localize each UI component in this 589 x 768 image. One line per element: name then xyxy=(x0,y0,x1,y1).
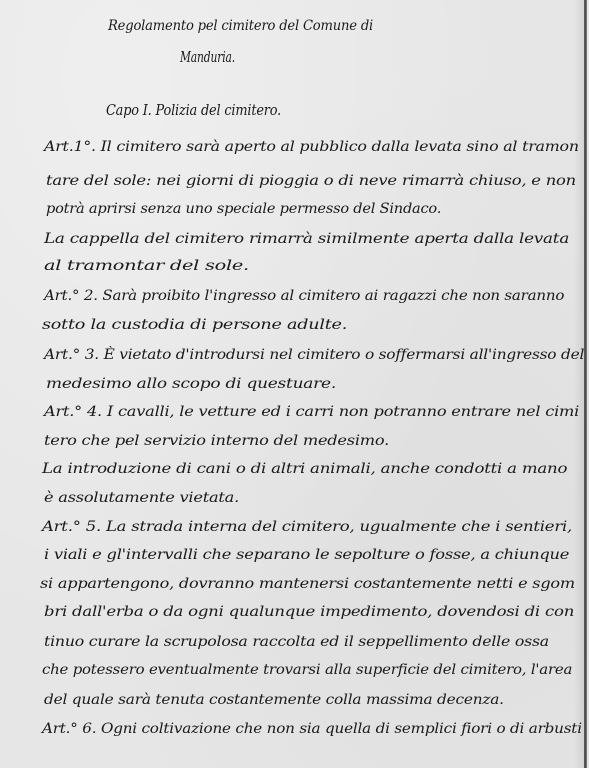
text-line: al tramontar del sole. xyxy=(44,258,249,274)
text-line: Art.° 6. Ogni coltivazione che non sia q… xyxy=(42,721,582,737)
text-line: medesimo allo scopo di questuare. xyxy=(46,376,336,392)
text-line: del quale sarà tenuta costantemente coll… xyxy=(44,692,504,708)
text-line: tinuo curare la scrupolosa raccolta ed i… xyxy=(44,634,549,650)
text-line: si appartengono, dovranno mantenersi cos… xyxy=(40,576,575,592)
text-line: Art.1°. Il cimitero sarà aperto al pubbl… xyxy=(44,139,579,155)
text-line: bri dall'erba o da ogni qualunque impedi… xyxy=(44,604,574,620)
chapter-heading: Capo I. Polizia del cimitero. xyxy=(106,103,281,119)
document-title-municipality: Manduria. xyxy=(180,48,235,66)
text-line: Art.° 3. È vietato d'introdursi nel cimi… xyxy=(44,347,584,363)
page-right-edge xyxy=(584,0,587,768)
text-line: potrà aprirsi senza uno speciale permess… xyxy=(46,201,441,217)
text-line: La cappella del cimitero rimarrà similme… xyxy=(44,231,569,247)
text-line: sotto la custodia di persone adulte. xyxy=(42,317,347,333)
document-title: Regolamento pel cimitero del Comune di xyxy=(108,18,373,34)
page-edge-shadow xyxy=(574,0,584,768)
text-line: tero che pel servizio interno del medesi… xyxy=(44,433,389,449)
text-line: è assolutamente vietata. xyxy=(44,490,239,506)
text-line: i viali e gl'intervalli che separano le … xyxy=(44,547,569,563)
text-line: Art.° 4. I cavalli, le vetture ed i carr… xyxy=(44,404,579,420)
document-page: Regolamento pel cimitero del Comune di M… xyxy=(0,0,589,768)
text-line: La introduzione di cani o di altri anima… xyxy=(42,461,567,477)
text-line: Art.° 5. La strada interna del cimitero,… xyxy=(42,519,572,535)
text-line: Art.° 2. Sarà proibito l'ingresso al cim… xyxy=(44,288,564,304)
text-line: tare del sole: nei giorni di pioggia o d… xyxy=(46,173,576,189)
text-line: che potessero eventualmente trovarsi all… xyxy=(42,662,572,678)
